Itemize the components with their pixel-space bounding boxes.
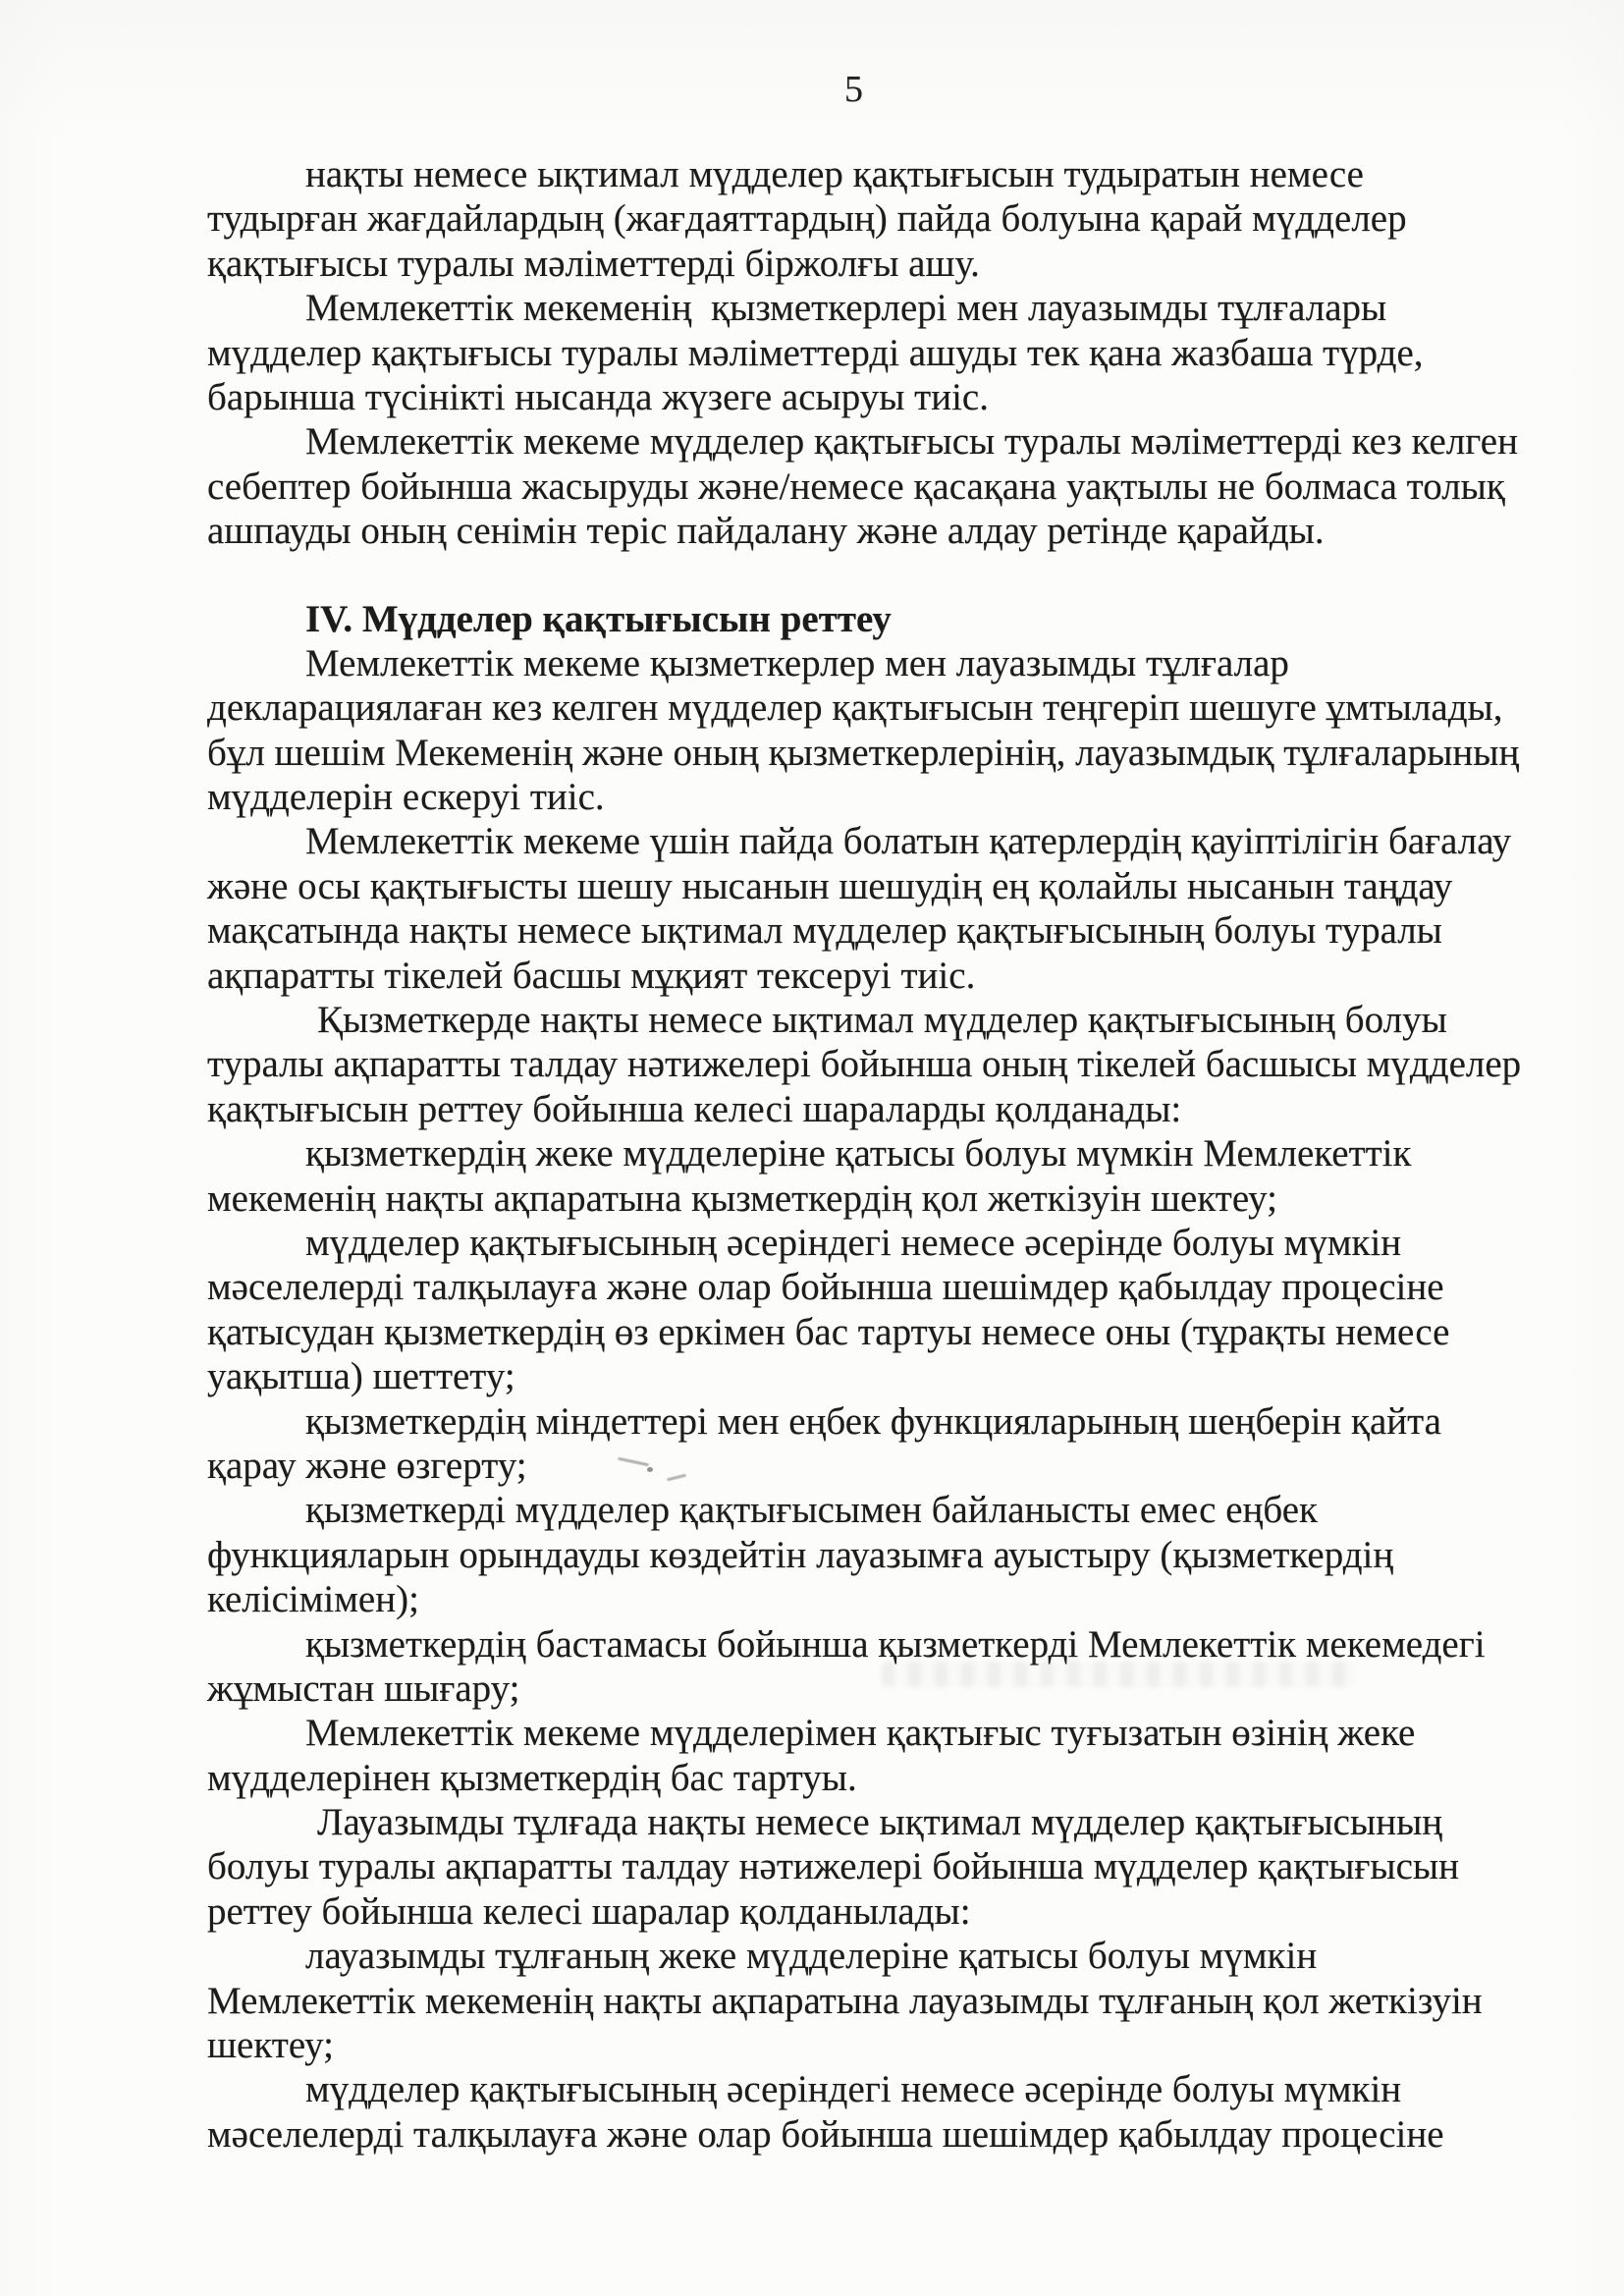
section-heading: IV. Мүдделер қақтығысын реттеу (207, 597, 1523, 641)
text-line: Мемлекеттік мекеменің нақты ақпаратына л… (207, 1979, 1523, 2023)
text-line: қызметкердің міндеттері мен еңбек функци… (207, 1399, 1523, 1444)
text-line: мүдделер қақтығысы туралы мәліметтерді а… (207, 331, 1523, 375)
text-line: қызметкердің бастамасы бойынша қызметкер… (207, 1622, 1523, 1667)
text-line: және осы қақтығысты шешу нысанын шешудің… (207, 864, 1523, 908)
text-line: болуы туралы ақпаратты талдау нәтижелері… (207, 1844, 1523, 1888)
text-line: туралы ақпаратты талдау нәтижелері бойын… (207, 1042, 1523, 1086)
text-line: нақты немесе ықтимал мүдделер қақтығысын… (207, 152, 1523, 196)
text-line: Мемлекеттік мекеме үшін пайда болатын қа… (207, 819, 1523, 863)
text-line: қызметкерді мүдделер қақтығысымен байлан… (207, 1488, 1523, 1532)
text-line: мәселелерді талқылауға және олар бойынша… (207, 2112, 1523, 2157)
text-line: мекеменің нақты ақпаратына қызметкердің … (207, 1176, 1523, 1221)
text-line: шектеу; (207, 2023, 1523, 2067)
text-line: қызметкердің жеке мүдделеріне қатысы бол… (207, 1131, 1523, 1175)
text-line: қатысудан қызметкердің өз еркімен бас та… (207, 1310, 1523, 1354)
text-line: мақсатында нақты немесе ықтимал мүдделер… (207, 908, 1523, 953)
text-line: бұл шешім Мекеменің және оның қызметкерл… (207, 731, 1523, 775)
text-line: Мемлекеттік мекеме қызметкерлер мен лауа… (207, 641, 1523, 685)
text-line: тудырған жағдайлардың (жағдаяттардың) па… (207, 196, 1523, 241)
text-line: декларациялаған кез келген мүдделер қақт… (207, 685, 1523, 730)
text-line: мүдделер қақтығысының әсеріндегі немесе … (207, 1221, 1523, 1265)
text-line: Қызметкерде нақты немесе ықтимал мүдделе… (207, 998, 1523, 1042)
page-number: 5 (844, 67, 863, 112)
text-line: қарау және өзгерту; (207, 1444, 1523, 1488)
text-line: мәселелерді талқылауға және олар бойынша… (207, 1265, 1523, 1309)
text-line: қақтығысын реттеу бойынша келесі шаралар… (207, 1087, 1523, 1131)
text-line: функцияларын орындауды көздейтін лауазым… (207, 1533, 1523, 1577)
text-line: мүдделер қақтығысының әсеріндегі немесе … (207, 2067, 1523, 2111)
text-line: ашпауды оның сенімін теріс пайдалану жән… (207, 509, 1523, 553)
text-line: келісімімен); (207, 1577, 1523, 1621)
text-line: лауазымды тұлғаның жеке мүдделеріне қаты… (207, 1934, 1523, 1978)
document-body: нақты немесе ықтимал мүдделер қақтығысын… (207, 152, 1523, 2157)
text-line: жұмыстан шығару; (207, 1667, 1523, 1711)
text-line: Лауазымды тұлғада нақты немесе ықтимал м… (207, 1800, 1523, 1844)
scanned-document-page: 5 нақты немесе ықтимал мүдделер қақтығыс… (0, 0, 1624, 2296)
text-line: Мемлекеттік мекеме мүдделер қақтығысы ту… (207, 419, 1523, 464)
text-line: уақытша) шеттету; (207, 1354, 1523, 1398)
text-line: мүдделерінен қызметкердің бас тартуы. (207, 1756, 1523, 1800)
text-line: себептер бойынша жасыруды және/немесе қа… (207, 465, 1523, 509)
text-line: ақпаратты тікелей басшы мұқият тексеруі … (207, 954, 1523, 998)
text-line: мүдделерін ескеруі тиіс. (207, 775, 1523, 819)
text-line: қақтығысы туралы мәліметтерді біржолғы а… (207, 242, 1523, 286)
text-line: реттеу бойынша келесі шаралар қолданылад… (207, 1889, 1523, 1934)
text-line: барынша түсінікті нысанда жүзеге асыруы … (207, 375, 1523, 419)
text-line: Мемлекеттік мекеменің қызметкерлері мен … (207, 286, 1523, 330)
text-line: Мемлекеттік мекеме мүдделерімен қақтығыс… (207, 1711, 1523, 1755)
